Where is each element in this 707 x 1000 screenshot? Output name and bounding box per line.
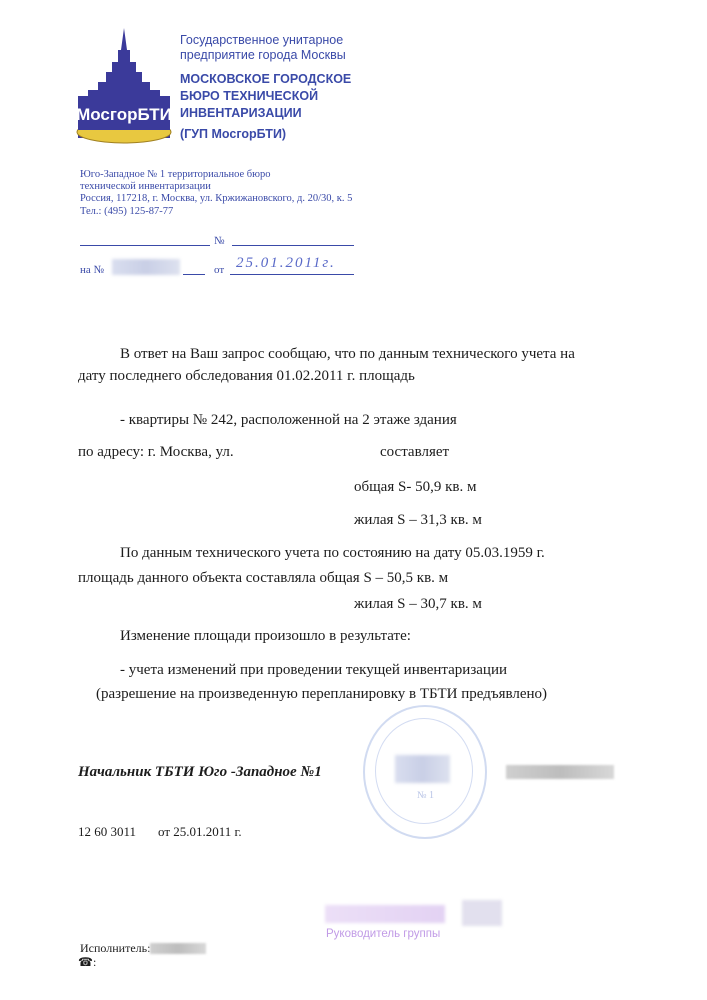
redacted-signatory-name: [506, 765, 614, 779]
phone-icon: ☎: [78, 955, 93, 969]
org-name: МОСКОВСКОЕ ГОРОДСКОЕ БЮРО ТЕХНИЧЕСКОЙ ИН…: [180, 71, 351, 122]
signatory-title: Начальник ТБТИ Юго -Западное №1: [78, 764, 322, 781]
paragraph-1-line-1: В ответ на Ваш запрос сообщаю, что по да…: [120, 346, 575, 363]
redacted-group-head-signature: [325, 905, 445, 923]
org-short-name: (ГУП МосгорБТИ): [180, 127, 286, 141]
document-number: 12 60 3011: [78, 824, 136, 840]
svg-text:МосгорБТИ: МосгорБТИ: [76, 105, 172, 124]
executor-label: Исполнитель:: [80, 941, 150, 956]
incoming-number-line: [183, 274, 205, 275]
incoming-date-label: от: [214, 264, 224, 276]
org-name-line-2: БЮРО ТЕХНИЧЕСКОЙ: [180, 88, 351, 105]
branch-phone: Тел.: (495) 125-87-77: [80, 206, 352, 218]
apartment-line: - квартиры № 242, расположенной на 2 эта…: [120, 412, 457, 429]
living-area-past: жилая S – 30,7 кв. м: [354, 596, 482, 613]
org-description: Государственное унитарное предприятие го…: [180, 33, 346, 63]
total-area-current: общая S- 50,9 кв. м: [354, 479, 476, 496]
outgoing-number-line: [232, 245, 354, 246]
group-head-label: Руководитель группы: [326, 928, 440, 940]
address-label: по адресу: г. Москва, ул.: [78, 444, 234, 461]
stamp-number: № 1: [417, 790, 434, 801]
incoming-number-label: на №: [80, 264, 104, 276]
redacted-signature: [395, 755, 450, 783]
paragraph-1-line-2: дату последнего обследования 01.02.2011 …: [78, 368, 415, 385]
change-reason: - учета изменений при проведении текущей…: [120, 662, 507, 679]
redacted-executor-name: [150, 943, 206, 954]
branch-line-2: технической инвентаризации: [80, 181, 352, 193]
amounts-to-label: составляет: [380, 444, 449, 461]
redacted-incoming-number: [112, 259, 180, 275]
change-heading: Изменение площади произошло в результате…: [120, 628, 411, 645]
paragraph-2-line-1: По данным технического учета по состояни…: [120, 545, 545, 562]
outgoing-number-label: №: [214, 235, 225, 247]
org-name-line-1: МОСКОВСКОЕ ГОРОДСКОЕ: [180, 71, 351, 88]
handwritten-date: 25.01.2011г.: [236, 255, 336, 272]
mosgorbti-logo: МосгорБТИ: [74, 28, 174, 146]
org-name-line-3: ИНВЕНТАРИЗАЦИИ: [180, 105, 351, 122]
incoming-date-line: [230, 274, 354, 275]
living-area-current: жилая S – 31,3 кв. м: [354, 512, 482, 529]
branch-address-block: Юго-Западное № 1 территориальное бюро те…: [80, 169, 352, 218]
change-note: (разрешение на произведенную перепланиро…: [96, 686, 547, 703]
document-date: от 25.01.2011 г.: [158, 824, 242, 840]
executor-phone-row: ☎:: [78, 955, 96, 970]
org-line-2: предприятие города Москвы: [180, 48, 346, 63]
branch-line-1: Юго-Западное № 1 территориальное бюро: [80, 169, 352, 181]
org-line-1: Государственное унитарное: [180, 33, 346, 48]
executor-phone-label: :: [93, 955, 96, 969]
paragraph-2-line-2: площадь данного объекта составляла общая…: [78, 570, 448, 587]
redacted-group-head-mark: [462, 900, 502, 926]
outgoing-date-line: [80, 245, 210, 246]
branch-address: Россия, 117218, г. Москва, ул. Кржижанов…: [80, 193, 352, 205]
